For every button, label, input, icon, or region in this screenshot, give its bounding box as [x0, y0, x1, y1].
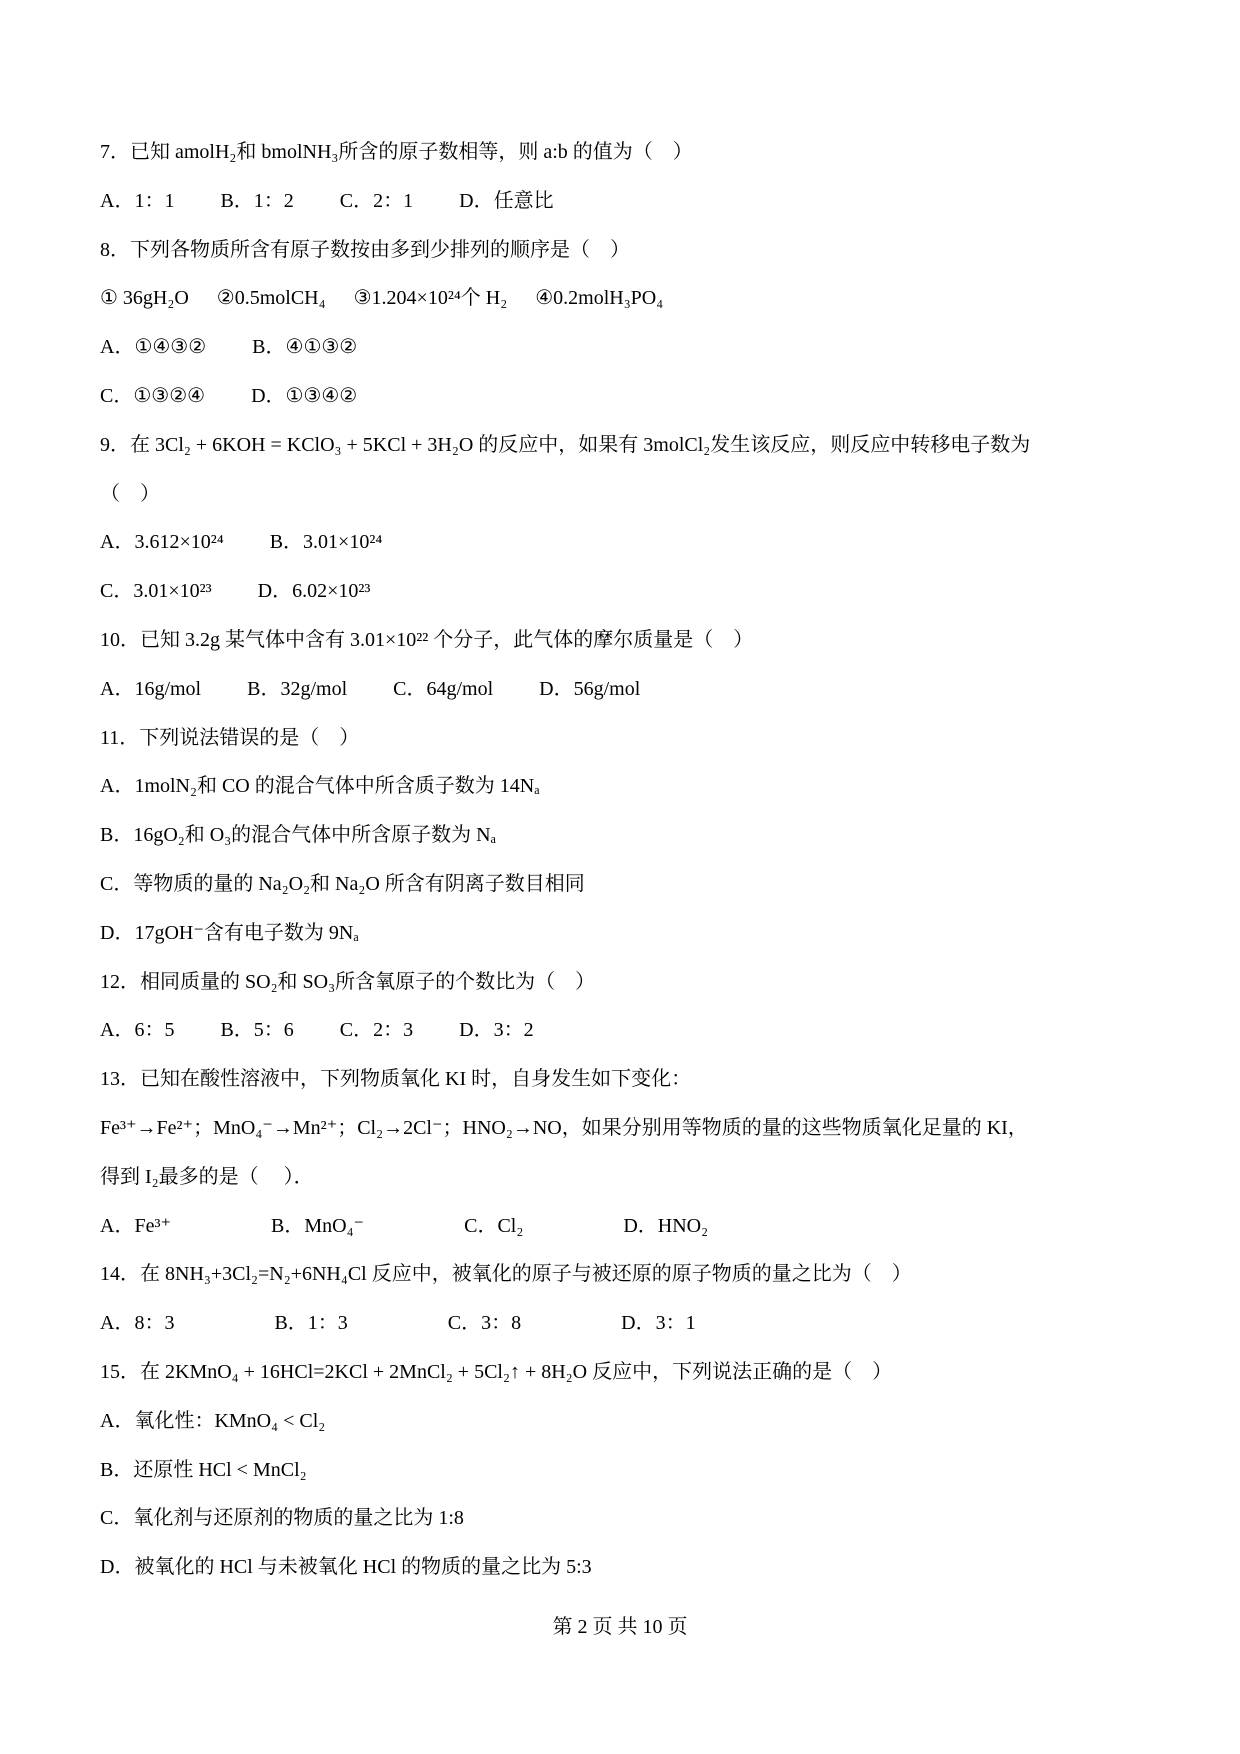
option: C．2：3 [340, 1006, 413, 1055]
option: B．5：6 [220, 1006, 293, 1055]
exam-page: 7．已知 amolH₂和 bmolNH₃所含的原子数相等，则 a:b 的值为（ … [100, 128, 1160, 1592]
option-row: A．16g/molB．32g/molC．64g/molD．56g/mol [100, 665, 1160, 714]
question-stem: 15．在 2KMnO₄ + 16HCl=2KCl + 2MnCl₂ + 5Cl₂… [100, 1348, 1160, 1397]
option: B．1：2 [220, 177, 293, 226]
question-stem: 11．下列说法错误的是（ ） [100, 714, 1160, 763]
question-stem-continued: Fe³⁺→Fe²⁺；MnO₄⁻→Mn²⁺；Cl₂→2Cl⁻；HNO₂→NO，如果… [100, 1104, 1160, 1153]
document-body: 7．已知 amolH₂和 bmolNH₃所含的原子数相等，则 a:b 的值为（ … [100, 128, 1160, 1592]
option: A．①④③② [100, 323, 206, 372]
option-row: A．3.612×10²⁴B．3.01×10²⁴ [100, 518, 1160, 567]
sublist-row: ① 36gH₂O②0.5molCH₄③1.204×10²⁴个 H₂④0.2mol… [100, 274, 1160, 323]
question-stem: 14．在 8NH₃+3Cl₂=N₂+6NH₄Cl 反应中，被氧化的原子与被还原的… [100, 1250, 1160, 1299]
list-item: ③1.204×10²⁴个 H₂ [354, 274, 508, 323]
option-line: D．17gOH⁻含有电子数为 9Nₐ [100, 909, 1160, 958]
option: D．①③④② [251, 372, 357, 421]
question-stem-continued: （ ） [100, 470, 1160, 519]
option-row: A．1：1B．1：2C．2：1D．任意比 [100, 177, 1160, 226]
option-line: A．1molN₂和 CO 的混合气体中所含质子数为 14Nₐ [100, 762, 1160, 811]
question-stem-continued: 得到 I₂最多的是（ ）． [100, 1153, 1160, 1202]
option: A．3.612×10²⁴ [100, 518, 224, 567]
page-footer: 第 2 页 共 10 页 [0, 1612, 1240, 1642]
option: B．3.01×10²⁴ [270, 518, 383, 567]
option: C．2：1 [340, 177, 413, 226]
option: C．3.01×10²³ [100, 567, 212, 616]
option: A．1：1 [100, 177, 174, 226]
option: A．6：5 [100, 1006, 174, 1055]
option-row: C．①③②④D．①③④② [100, 372, 1160, 421]
option: C．64g/mol [393, 665, 493, 714]
option-row: A．8：3B．1：3C．3：8D．3：1 [100, 1299, 1160, 1348]
option-line: A．氧化性：KMnO₄ < Cl₂ [100, 1397, 1160, 1446]
option: A．Fe³⁺ [100, 1202, 171, 1251]
option-row: A．6：5B．5：6C．2：3D．3：2 [100, 1006, 1160, 1055]
list-item: ④0.2molH₃PO₄ [535, 274, 663, 323]
list-item: ②0.5molCH₄ [217, 274, 326, 323]
question-stem: 9．在 3Cl₂ + 6KOH = KClO₃ + 5KCl + 3H₂O 的反… [100, 421, 1160, 470]
option-row: C．3.01×10²³D．6.02×10²³ [100, 567, 1160, 616]
option: D．3：2 [459, 1006, 533, 1055]
question-stem: 7．已知 amolH₂和 bmolNH₃所含的原子数相等，则 a:b 的值为（ … [100, 128, 1160, 177]
option: D．HNO₂ [623, 1202, 708, 1251]
option: B．1：3 [274, 1299, 347, 1348]
option: B．MnO₄⁻ [271, 1202, 364, 1251]
option: C．3：8 [448, 1299, 521, 1348]
option-line: B．还原性 HCl < MnCl₂ [100, 1446, 1160, 1495]
option: B．32g/mol [247, 665, 347, 714]
option: D．3：1 [621, 1299, 695, 1348]
question-stem: 13．已知在酸性溶液中，下列物质氧化 KI 时，自身发生如下变化： [100, 1055, 1160, 1104]
option-line: C．等物质的量的 Na₂O₂和 Na₂O 所含有阴离子数目相同 [100, 860, 1160, 909]
option-row: A．Fe³⁺B．MnO₄⁻C．Cl₂D．HNO₂ [100, 1202, 1160, 1251]
option: C．Cl₂ [464, 1202, 523, 1251]
option: D．56g/mol [539, 665, 640, 714]
option: A．8：3 [100, 1299, 174, 1348]
option: B．④①③② [252, 323, 357, 372]
option-row: A．①④③②B．④①③② [100, 323, 1160, 372]
option-line: C．氧化剂与还原剂的物质的量之比为 1:8 [100, 1494, 1160, 1543]
question-stem: 10．已知 3.2g 某气体中含有 3.01×10²² 个分子，此气体的摩尔质量… [100, 616, 1160, 665]
question-stem: 8．下列各物质所含有原子数按由多到少排列的顺序是（ ） [100, 226, 1160, 275]
list-item: ① 36gH₂O [100, 274, 189, 323]
option: D．6.02×10²³ [258, 567, 371, 616]
option: A．16g/mol [100, 665, 201, 714]
question-stem: 12．相同质量的 SO₂和 SO₃所含氧原子的个数比为（ ） [100, 958, 1160, 1007]
option: C．①③②④ [100, 372, 205, 421]
option: D．任意比 [459, 177, 553, 226]
option-line: D．被氧化的 HCl 与未被氧化 HCl 的物质的量之比为 5:3 [100, 1543, 1160, 1592]
option-line: B．16gO₂和 O₃的混合气体中所含原子数为 Nₐ [100, 811, 1160, 860]
